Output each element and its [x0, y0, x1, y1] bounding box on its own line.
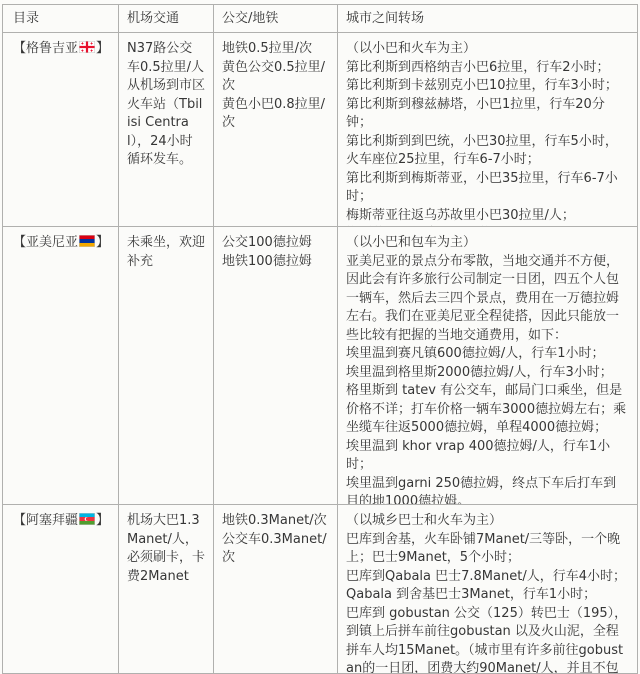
azerbaijan-flag-icon	[79, 513, 95, 525]
intercity-transfer-cell: （以城乡巴士和火车为主） 巴库到舍基，火车卧铺7Manet/三等卧，一个晚上；巴…	[338, 505, 638, 674]
column-header-directory: 目录	[3, 5, 119, 33]
bus-metro-cell: 地铁0.5拉里/次 黄色公交0.5拉里/次 黄色小巴0.8拉里/次	[214, 33, 338, 227]
country-cell-armenia: 【亚美尼亚】	[3, 227, 119, 505]
column-header-intercity-transfer: 城市之间转场	[338, 5, 638, 33]
armenia-flag-icon	[79, 235, 95, 247]
country-name-prefix: 【阿塞拜疆	[13, 513, 78, 528]
country-name-suffix: 】	[96, 41, 109, 56]
country-name-prefix: 【格鲁吉亚	[13, 41, 78, 56]
column-header-airport-transport: 机场交通	[119, 5, 214, 33]
bus-metro-cell: 地铁0.3Manet/次 公交车0.3Manet/次	[214, 505, 338, 674]
table-row-armenia: 【亚美尼亚】 未乘坐，欢迎补充 公交100德拉姆 地铁100德拉姆 （以小巴和包…	[3, 227, 638, 505]
bus-metro-cell: 公交100德拉姆 地铁100德拉姆	[214, 227, 338, 505]
table-row-azerbaijan: 【阿塞拜疆】 机场大巴1.3Manet/人，必须刷卡，卡费2Manet 地铁0.…	[3, 505, 638, 674]
georgia-flag-icon	[79, 41, 95, 53]
column-header-bus-metro: 公交/地铁	[214, 5, 338, 33]
table-row-georgia: 【格鲁吉亚】 N37路公交车0.5拉里/人从机场到市区火车站（Tbilisi C…	[3, 33, 638, 227]
airport-transport-cell: 未乘坐，欢迎补充	[119, 227, 214, 505]
country-cell-georgia: 【格鲁吉亚】	[3, 33, 119, 227]
airport-transport-cell: 机场大巴1.3Manet/人，必须刷卡，卡费2Manet	[119, 505, 214, 674]
country-name-prefix: 【亚美尼亚	[13, 235, 78, 250]
table-header-row: 目录 机场交通 公交/地铁 城市之间转场	[3, 5, 638, 33]
intercity-transfer-cell: （以小巴和包车为主） 亚美尼亚的景点分布零散，当地交通并不方便，因此会有许多旅行…	[338, 227, 638, 505]
travel-cost-table: 目录 机场交通 公交/地铁 城市之间转场 【格鲁吉亚】 N37路公交车0.5拉里…	[2, 4, 638, 674]
country-cell-azerbaijan: 【阿塞拜疆】	[3, 505, 119, 674]
country-name-suffix: 】	[96, 513, 109, 528]
airport-transport-cell: N37路公交车0.5拉里/人从机场到市区火车站（Tbilisi Central）…	[119, 33, 214, 227]
country-name-suffix: 】	[96, 235, 109, 250]
intercity-transfer-cell: （以小巴和火车为主） 第比利斯到西格纳吉小巴6拉里，行车2小时； 第比利斯到卡兹…	[338, 33, 638, 227]
